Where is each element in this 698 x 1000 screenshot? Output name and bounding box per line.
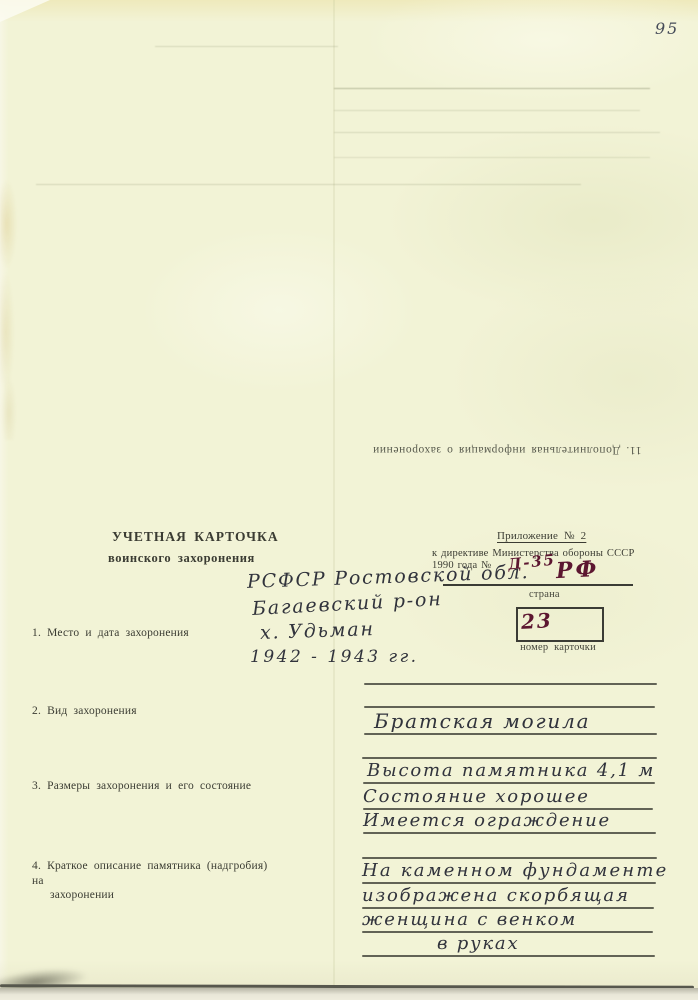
page-number: 95 xyxy=(655,19,679,38)
answer-line xyxy=(364,683,657,685)
ghost-line xyxy=(334,157,650,158)
field-label-monument-line1: 4. Краткое описание памятника (надгробия… xyxy=(32,860,267,887)
form-subtitle: воинского захоронения xyxy=(108,551,255,566)
fold-line xyxy=(333,0,335,1000)
handwritten-burial-type: Братская могила xyxy=(374,709,590,733)
handwritten-place-line: 1942 - 1943 гг. xyxy=(250,647,419,667)
handwritten-description-line: женщина с венком xyxy=(362,909,577,930)
answer-line xyxy=(362,757,657,759)
ghost-line xyxy=(36,184,581,185)
answer-line xyxy=(362,882,656,884)
ghost-line xyxy=(334,132,660,133)
field-label-size-condition: 3. Размеры захоронения и его состояние xyxy=(32,780,251,792)
handwritten-place-line: РСФСР Ростовской обл. xyxy=(247,561,530,593)
card-number-label: номер карточки xyxy=(516,642,600,653)
annex-label: Приложение № 2 xyxy=(497,530,586,542)
handwritten-size-line: Имеется ограждение xyxy=(363,810,611,831)
handwritten-place-line: Багаевский р-он xyxy=(252,588,443,620)
paper-stain xyxy=(0,170,22,440)
answer-line xyxy=(364,706,655,708)
form-title: УЧЕТНАЯ КАРТОЧКА xyxy=(112,529,279,545)
handwritten-size-line: Состояние хорошее xyxy=(363,786,590,807)
handwritten-place-line: х. Удьман xyxy=(260,618,375,644)
field-label-burial-type: 2. Вид захоронения xyxy=(32,705,137,717)
handwritten-description-line: в руках xyxy=(437,933,519,954)
back-side-bleed-text: 11. Дополнительная информация о захороне… xyxy=(352,444,662,456)
answer-line xyxy=(363,782,655,784)
country-value-handwritten: РФ xyxy=(555,556,600,584)
answer-line xyxy=(364,733,657,735)
scanner-background xyxy=(0,988,698,1000)
page-corner xyxy=(0,0,50,22)
handwritten-description-line: На каменном фундаменте xyxy=(362,860,668,881)
card-number-handwritten: 23 xyxy=(520,608,553,634)
ghost-line xyxy=(155,46,338,47)
field-label-monument-description: 4. Краткое описание памятника (надгробия… xyxy=(32,859,282,903)
ghost-line xyxy=(334,110,640,111)
paper-texture xyxy=(0,0,698,1000)
answer-line xyxy=(363,832,656,834)
ghost-line xyxy=(334,88,650,89)
country-label: страна xyxy=(529,589,560,600)
field-label-monument-line2: захоронении xyxy=(32,888,282,903)
answer-line xyxy=(362,955,655,957)
scanned-burial-card-page: 95 11. Дополнительная информация о захор… xyxy=(0,0,698,1000)
handwritten-size-line: Высота памятника 4,1 м xyxy=(367,760,655,781)
field-label-place-date: 1. Место и дата захоронения xyxy=(32,627,189,639)
answer-line xyxy=(362,857,657,859)
handwritten-description-line: изображена скорбящая xyxy=(362,885,630,906)
